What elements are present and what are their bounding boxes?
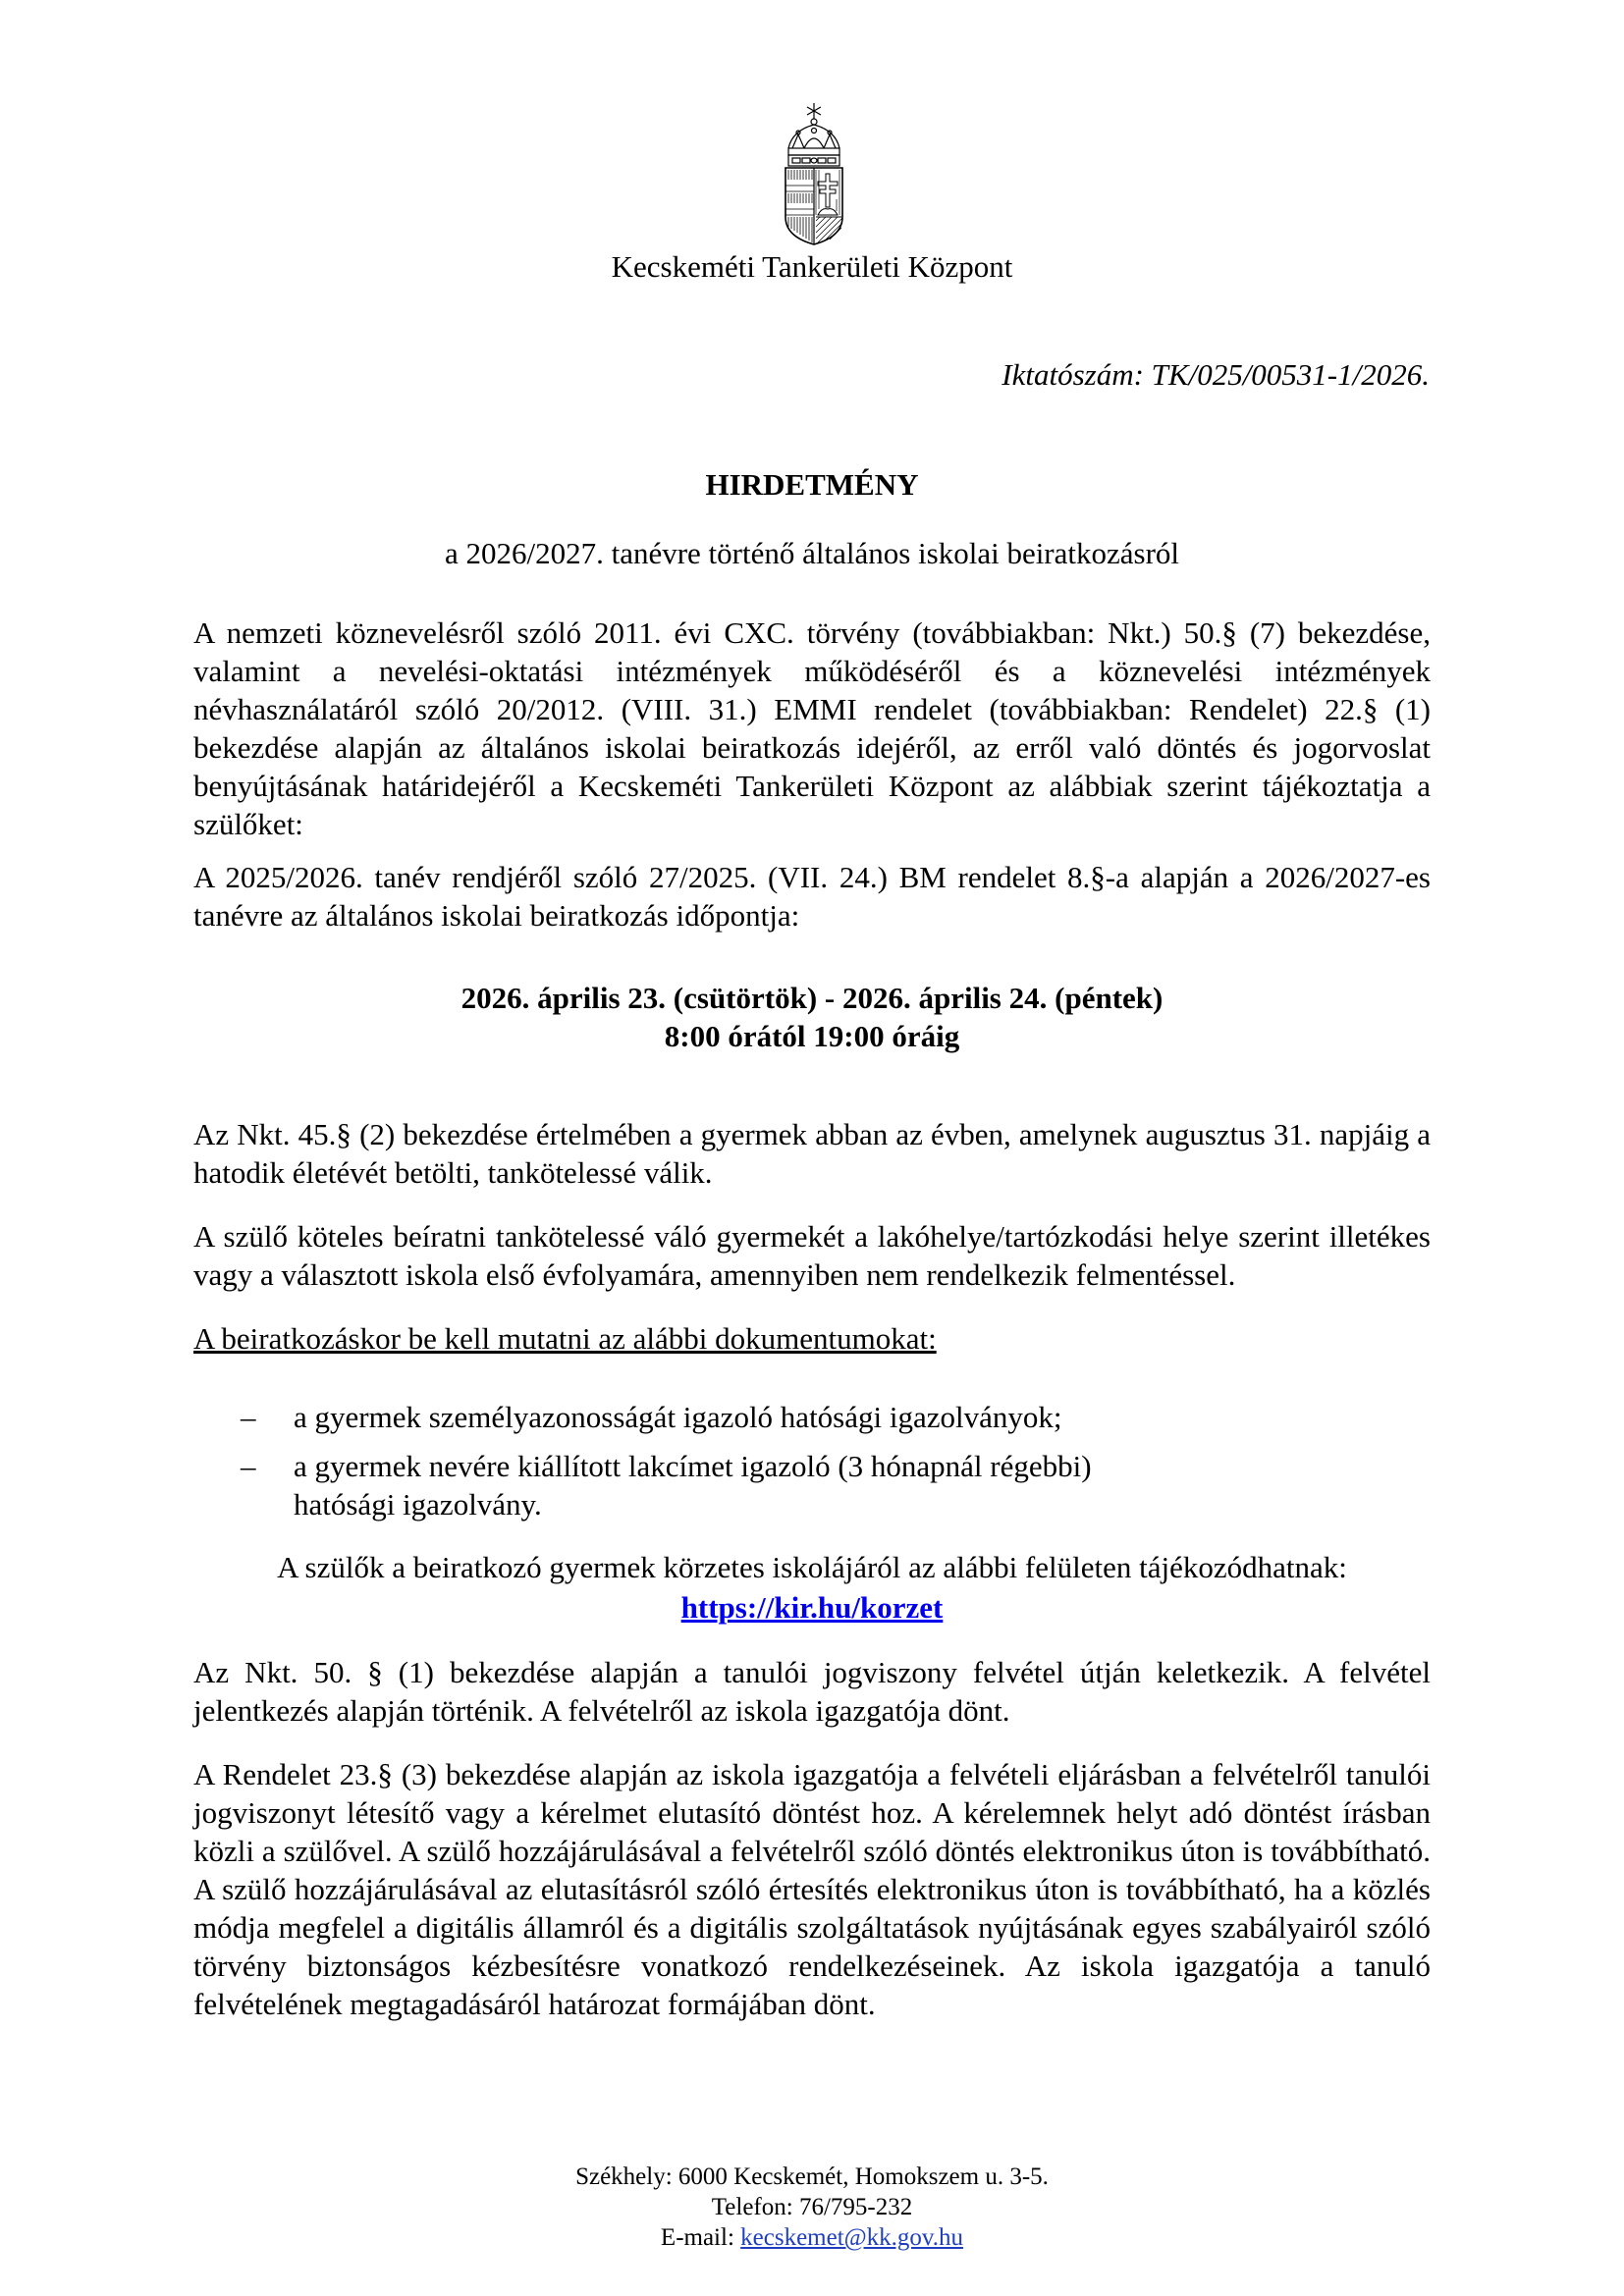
district-link[interactable]: https://kir.hu/korzet bbox=[681, 1590, 944, 1625]
parent-duty-paragraph: A szülő köteles beíratni tankötelessé vá… bbox=[193, 1217, 1431, 1294]
enrollment-dates: 2026. április 23. (csütörtök) - 2026. áp… bbox=[0, 979, 1624, 1017]
footer-email-line: E-mail: kecskemet@kk.gov.hu bbox=[0, 2222, 1624, 2253]
decree-paragraph: A 2025/2026. tanév rendjéről szóló 27/20… bbox=[193, 858, 1431, 934]
compulsory-paragraph: Az Nkt. 45.§ (2) bekezdése értelmében a … bbox=[193, 1115, 1431, 1192]
required-documents-list: – a gyermek személyazonosságát igazoló h… bbox=[193, 1398, 1431, 1534]
footer-phone: Telefon: 76/795-232 bbox=[0, 2192, 1624, 2222]
dash-bullet-icon: – bbox=[241, 1398, 256, 1436]
decision-paragraph: A Rendelet 23.§ (3) bekezdése alapján az… bbox=[193, 1755, 1431, 2023]
list-item-text: a gyermek nevére kiállított lakcímet iga… bbox=[294, 1449, 1092, 1522]
district-info-text: A szülők a beiratkozó gyermek körzetes i… bbox=[0, 1548, 1624, 1586]
organization-name: Kecskeméti Tankerületi Központ bbox=[0, 247, 1624, 287]
documents-heading-text: A beiratkozáskor be kell mutatni az aláb… bbox=[193, 1321, 937, 1356]
footer-address: Székhely: 6000 Kecskemét, Homokszem u. 3… bbox=[0, 2162, 1624, 2192]
intro-paragraph: A nemzeti köznevelésről szóló 2011. évi … bbox=[193, 614, 1431, 843]
documents-heading: A beiratkozáskor be kell mutatni az aláb… bbox=[193, 1319, 1431, 1358]
enrollment-hours: 8:00 órától 19:00 óráig bbox=[0, 1017, 1624, 1055]
document-page: Kecskeméti Tankerületi Központ Iktatószá… bbox=[0, 0, 1624, 2296]
footer-email-link[interactable]: kecskemet@kk.gov.hu bbox=[740, 2224, 963, 2251]
admission-paragraph: Az Nkt. 50. § (1) bekezdése alapján a ta… bbox=[193, 1653, 1431, 1730]
document-title: HIRDETMÉNY bbox=[0, 465, 1624, 505]
footer-email-label: E-mail: bbox=[661, 2224, 740, 2251]
footer: Székhely: 6000 Kecskemét, Homokszem u. 3… bbox=[0, 2162, 1624, 2253]
list-item-text: a gyermek személyazonosságát igazoló hat… bbox=[294, 1400, 1061, 1434]
document-subtitle: a 2026/2027. tanévre történő általános i… bbox=[0, 534, 1624, 573]
hungarian-coat-of-arms-icon bbox=[783, 101, 845, 246]
dash-bullet-icon: – bbox=[241, 1447, 256, 1485]
list-item: – a gyermek személyazonosságát igazoló h… bbox=[193, 1398, 1431, 1436]
list-item: – a gyermek nevére kiállított lakcímet i… bbox=[193, 1447, 1431, 1523]
registration-number: Iktatószám: TK/025/00531-1/2026. bbox=[1001, 355, 1430, 395]
district-link-line: https://kir.hu/korzet bbox=[0, 1588, 1624, 1627]
